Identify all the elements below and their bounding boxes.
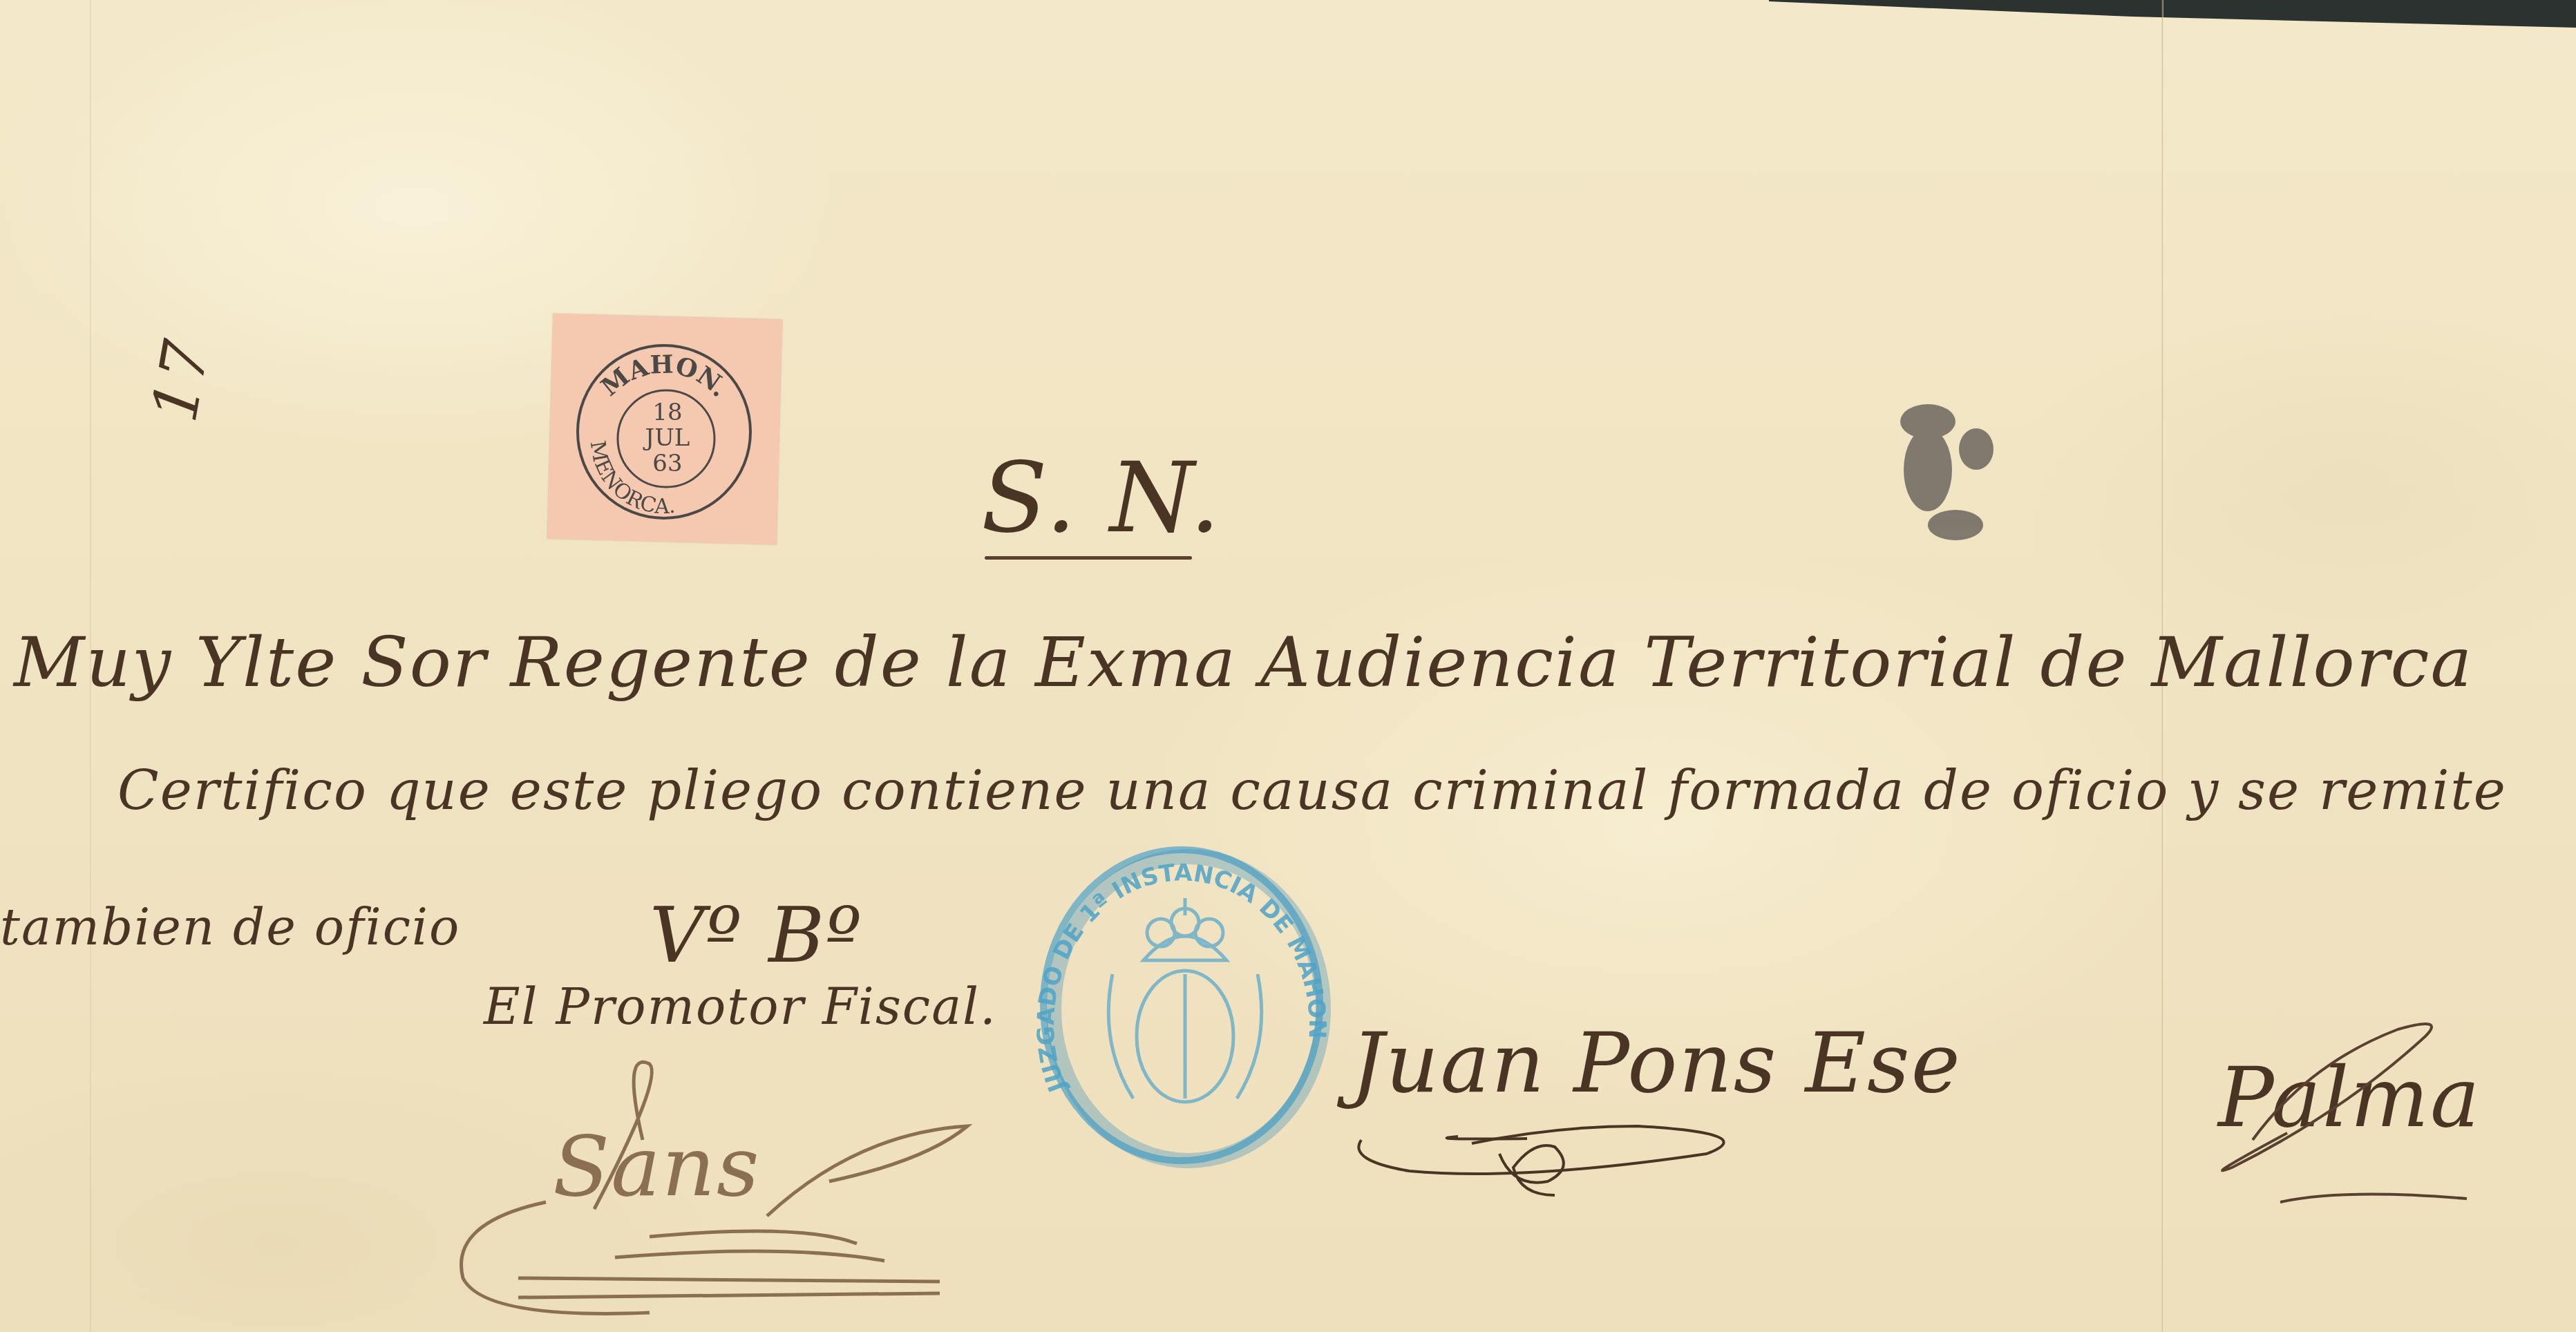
- certification-line: Certifico que este pliego contiene una c…: [117, 760, 2507, 822]
- mahon-postmark-icon: MAHON. MENORCA. 18 JUL 63: [571, 339, 757, 525]
- approval-mark: Vº Bº: [650, 891, 863, 980]
- certification-line-2: tambien de oficio: [0, 898, 460, 956]
- svg-text:63: 63: [652, 450, 682, 477]
- court-seal-icon: JUZGADO DE 1ª INSTANCIA DE MAHON: [1030, 836, 1334, 1174]
- signature-flourish-left: [442, 1036, 995, 1326]
- heading-underline: [985, 556, 1192, 560]
- signature-center: Juan Pons Ese: [1351, 1016, 1962, 1112]
- heading-sn: S. N.: [981, 442, 1222, 555]
- svg-text:MAHON.: MAHON.: [596, 350, 735, 403]
- margin-number: 17: [138, 334, 224, 427]
- ink-smudge-mark: [1879, 394, 2004, 546]
- signature-flourish-center: [1347, 1105, 1873, 1202]
- svg-text:18: 18: [652, 399, 682, 426]
- signature-flourish-right: [2204, 1009, 2564, 1223]
- approver-title: El Promotor Fiscal.: [484, 978, 997, 1036]
- svg-text:JUL: JUL: [643, 424, 690, 452]
- address-line: Muy Ylte Sor Regente de la Exma Audienci…: [14, 622, 2473, 703]
